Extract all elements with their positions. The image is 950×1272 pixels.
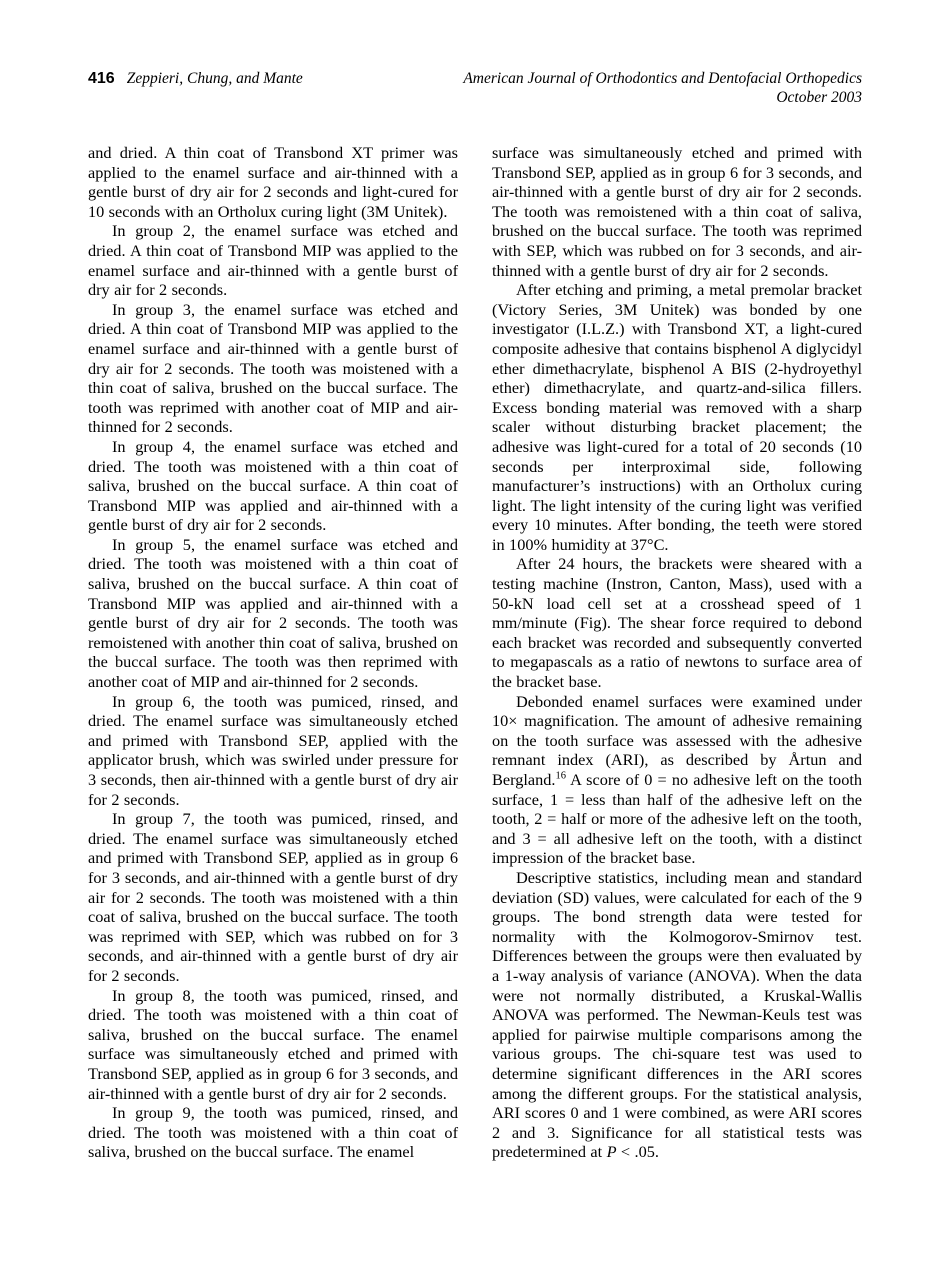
journal-article-page: 416Zeppieri, Chung, and Mante American J… [0,0,950,1272]
paragraph: In group 7, the tooth was pumiced, rinse… [88,809,458,985]
paragraph: In group 4, the enamel surface was etche… [88,437,458,535]
paragraph: In group 2, the enamel surface was etche… [88,221,458,299]
paragraph: Descriptive statistics, including mean a… [492,868,862,1162]
column-left: and dried. A thin coat of Transbond XT p… [88,143,458,1162]
paragraph: In group 9, the tooth was pumiced, rinse… [88,1103,458,1162]
running-header-right: American Journal of Orthodontics and Den… [463,70,862,107]
running-authors: Zeppieri, Chung, and Mante [127,70,303,87]
paragraph: After 24 hours, the brackets were sheare… [492,554,862,691]
paragraph: In group 6, the tooth was pumiced, rinse… [88,692,458,810]
running-header: 416Zeppieri, Chung, and Mante American J… [88,70,862,107]
paragraph: surface was simultaneously etched and pr… [492,143,862,280]
running-header-left: 416Zeppieri, Chung, and Mante [88,70,303,88]
paragraph: and dried. A thin coat of Transbond XT p… [88,143,458,221]
paragraph: In group 3, the enamel surface was etche… [88,300,458,437]
issue-date: October 2003 [463,89,862,108]
page-number: 416 [88,70,115,87]
paragraph: In group 8, the tooth was pumiced, rinse… [88,986,458,1104]
paragraph: In group 5, the enamel surface was etche… [88,535,458,692]
journal-title: American Journal of Orthodontics and Den… [463,70,862,89]
paragraph: Debonded enamel surfaces were examined u… [492,692,862,868]
column-right: surface was simultaneously etched and pr… [492,143,862,1162]
paragraph: After etching and priming, a metal premo… [492,280,862,554]
